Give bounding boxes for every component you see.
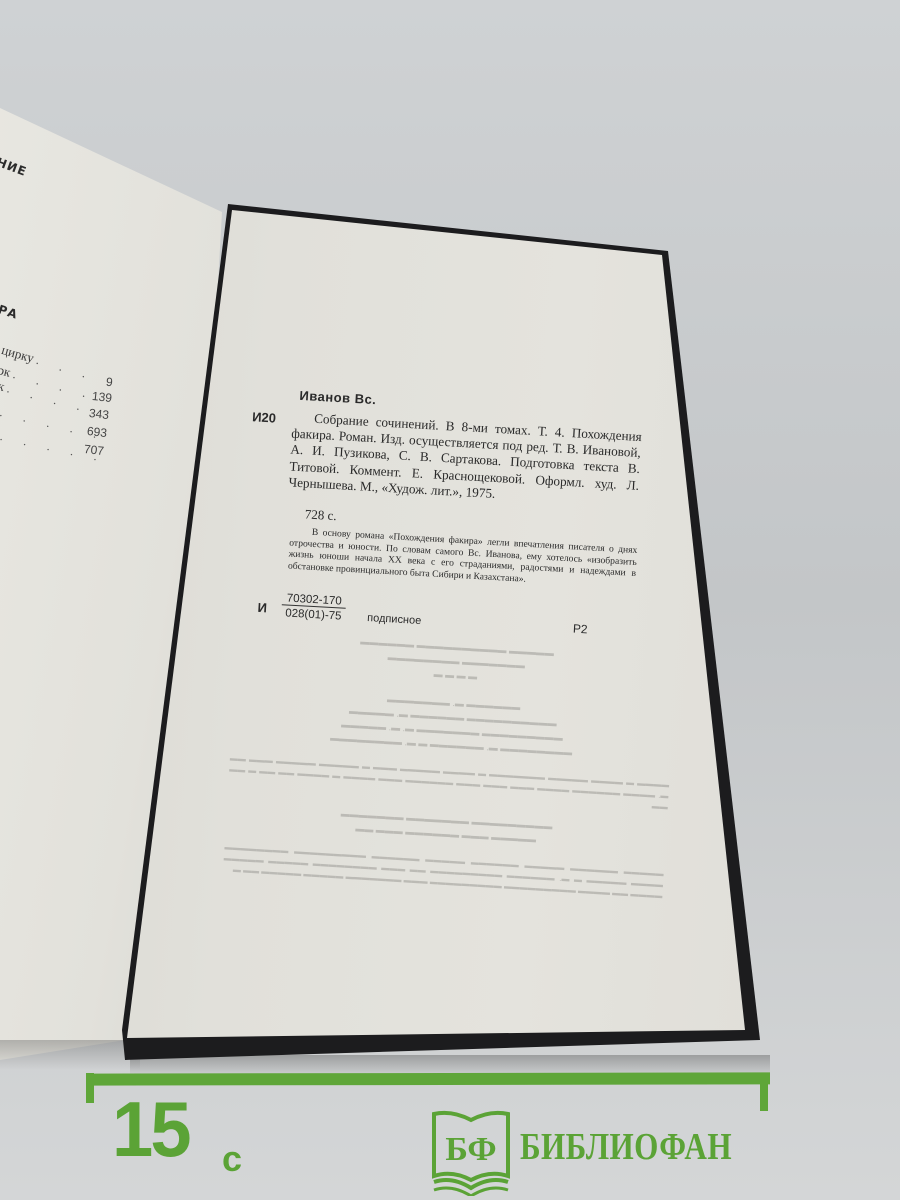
- brand-name: БИБЛИОФАН: [520, 1125, 732, 1169]
- show-through-text: ▬▬▬▬▬ ▬▬▬▬▬▬▬▬▬▬ ▬▬▬▬▬▬ ▬▬▬▬▬▬▬ ▬▬▬▬▬▬▬▬…: [223, 627, 677, 901]
- call-code: И20: [252, 409, 277, 425]
- toc-page-number: 343: [88, 406, 109, 422]
- banner-bracket-right: [760, 1073, 768, 1111]
- classification-code: Р2: [573, 622, 588, 637]
- logo-letters: БФ: [445, 1131, 496, 1168]
- price-label: 15: [112, 1090, 189, 1168]
- page-count: 728 с.: [304, 506, 337, 524]
- left-page-shadow: [0, 1040, 140, 1070]
- toc-page-number: 707: [83, 442, 104, 458]
- banner-bracket-left: [86, 1073, 94, 1103]
- toc-page-number: 9: [105, 375, 113, 390]
- toc-page-number: 139: [91, 389, 112, 405]
- price-unit: с: [222, 1138, 242, 1180]
- index-fraction: 70302-170 028(01)-75: [281, 592, 347, 623]
- open-book-logo-icon: БФ: [430, 1110, 512, 1196]
- banner-bar: [86, 1072, 770, 1085]
- index-letter: И: [257, 600, 267, 615]
- toc-title: рк: [0, 362, 12, 380]
- toc-page-number: 693: [86, 424, 107, 440]
